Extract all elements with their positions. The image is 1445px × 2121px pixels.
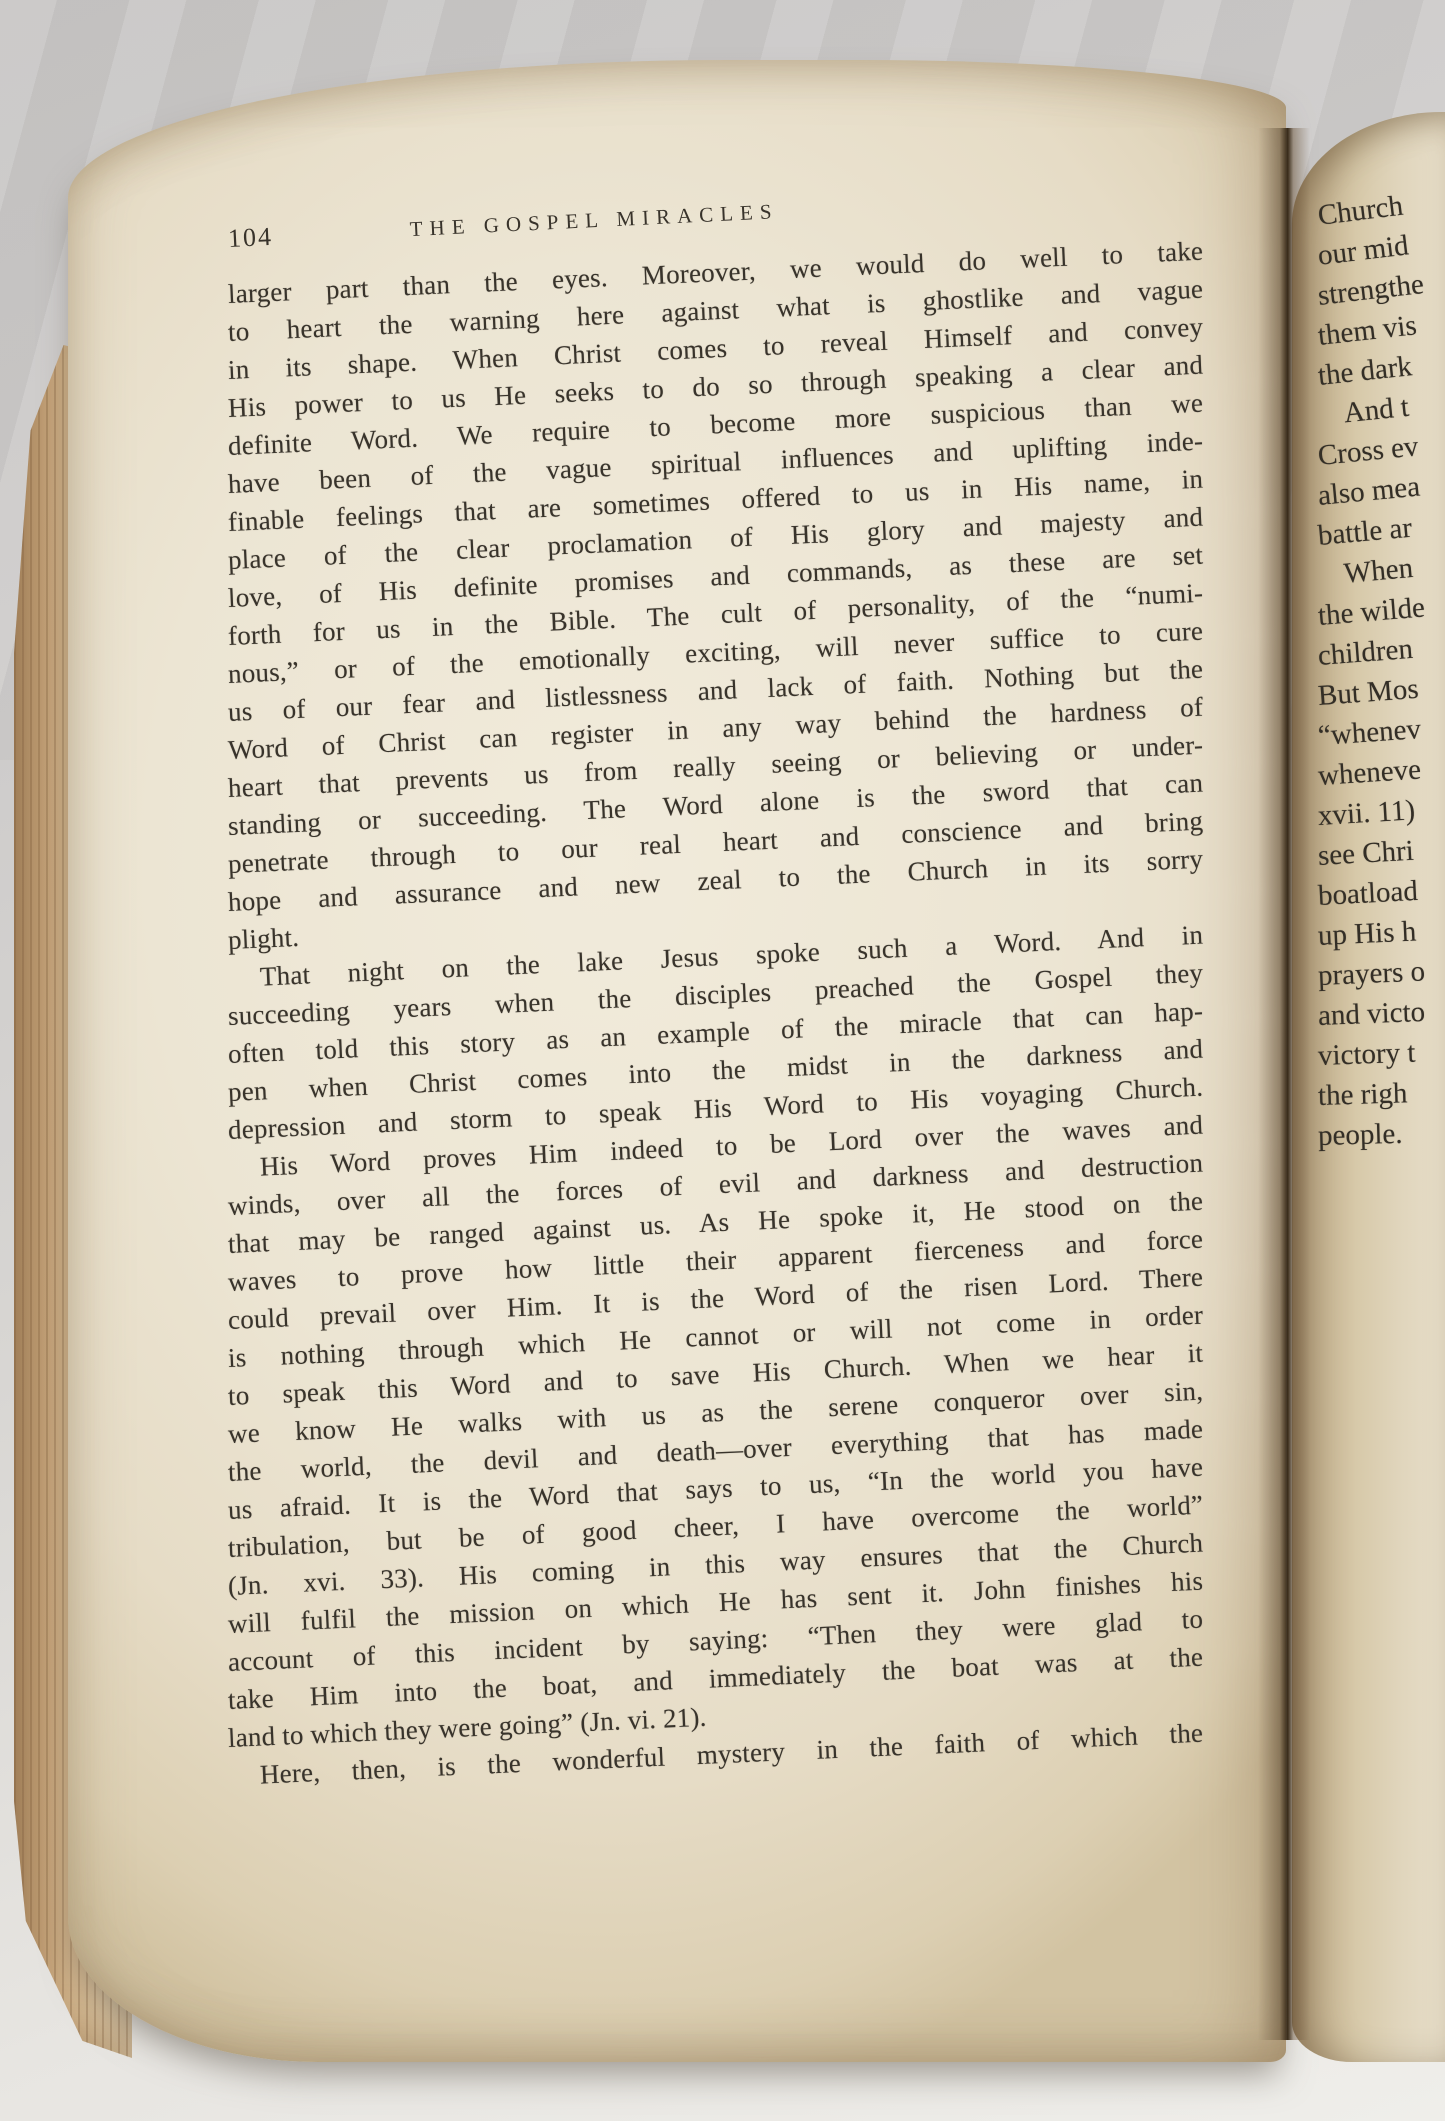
left-page-text: 104 THE GOSPEL MIRACLES larger part than… (228, 218, 1204, 1795)
page-number: 104 (227, 222, 273, 254)
running-header-title: THE GOSPEL MIRACLES (409, 199, 779, 242)
gutter-shadow (1258, 128, 1310, 2040)
body-text-lines: larger part than the eyes. Moreover, we … (228, 275, 1204, 1795)
text-line: and victo (1317, 988, 1445, 1036)
text-line: victory t (1317, 1028, 1445, 1076)
text-line: the righ (1317, 1069, 1445, 1116)
book-photo: { "colors": { "background_gray": "#d0cec… (0, 0, 1445, 2121)
text-line: people. (1317, 1110, 1445, 1156)
right-page-text: Churchour midstrengthethem visthe darkAn… (1318, 196, 1445, 1156)
